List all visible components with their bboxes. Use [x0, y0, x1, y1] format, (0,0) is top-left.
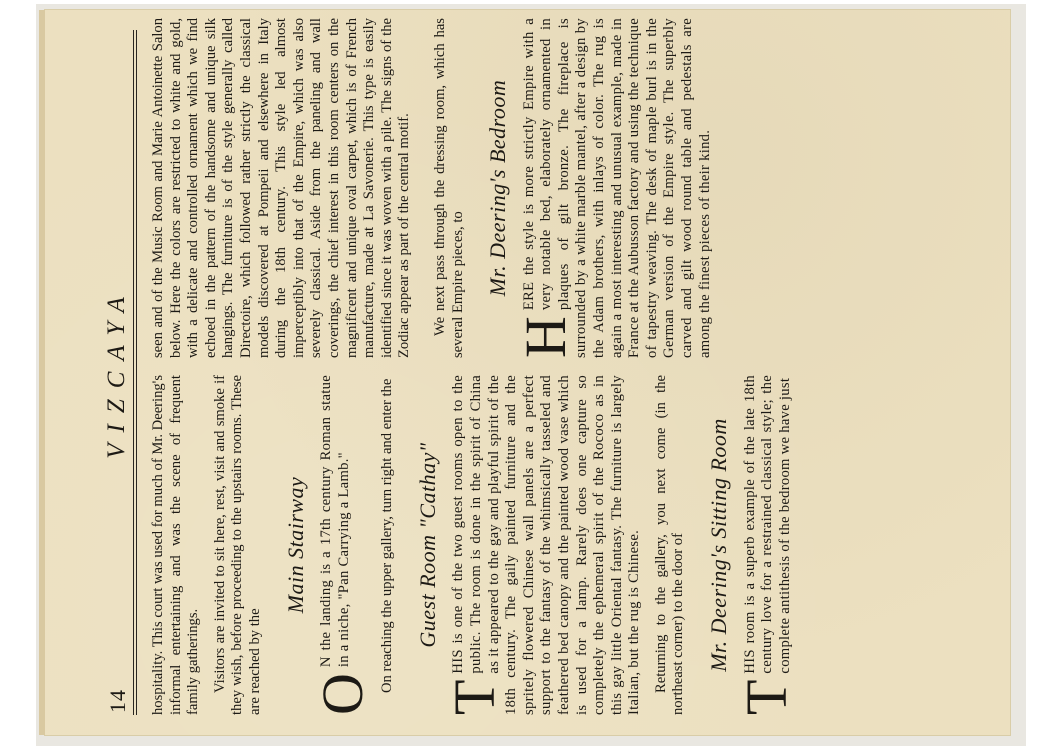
drop-cap: T — [452, 680, 498, 715]
page-header: 14 VIZCAYA — [97, 30, 137, 715]
page-edge — [39, 10, 45, 735]
paragraph: seen and of the Music Room and Marie Ant… — [150, 18, 414, 358]
paragraph: Returning to the gallery, you next come … — [653, 375, 688, 715]
left-column: hospitality. This court was used for muc… — [150, 375, 794, 715]
paragraph-text: HIS room is a superb example of the late… — [742, 375, 793, 674]
running-head: VIZCAYA — [103, 30, 131, 715]
paragraph: Visitors are invited to sit here, rest, … — [212, 375, 265, 715]
section-title-bedroom: Mr. Deering's Bedroom — [489, 18, 507, 358]
section-title-sitting-room: Mr. Deering's Sitting Room — [710, 375, 728, 715]
drop-cap: O — [320, 673, 366, 715]
book-page: 14 VIZCAYA hospitality. This court was u… — [45, 10, 1010, 735]
dropcap-paragraph: T HIS room is a superb example of the la… — [742, 375, 795, 715]
paragraph-text: HIS is one of the two guest rooms open t… — [450, 375, 642, 715]
section-title-guest-room: Guest Room "Cathay" — [419, 375, 437, 715]
paragraph: hospitality. This court was used for muc… — [150, 375, 203, 715]
paragraph-text: N the landing is a 17th century Roman st… — [318, 375, 352, 667]
header-double-rule — [133, 30, 137, 715]
dropcap-paragraph: T HIS is one of the two guest rooms open… — [450, 375, 644, 715]
dropcap-paragraph: H ERE the style is more strictly Empire … — [521, 18, 715, 358]
drop-cap: T — [744, 680, 790, 715]
paragraph: We next pass through the dressing room, … — [432, 18, 467, 358]
right-column: seen and of the Music Room and Marie Ant… — [150, 18, 714, 358]
drop-cap: H — [523, 316, 569, 358]
section-title-main-stairway: Main Stairway — [287, 375, 305, 715]
paragraph: On reaching the upper gallery, turn righ… — [379, 375, 397, 715]
paragraph-text: ERE the style is more strictly Empire wi… — [521, 18, 713, 358]
dropcap-paragraph: O N the landing is a 17th century Roman … — [318, 375, 370, 715]
